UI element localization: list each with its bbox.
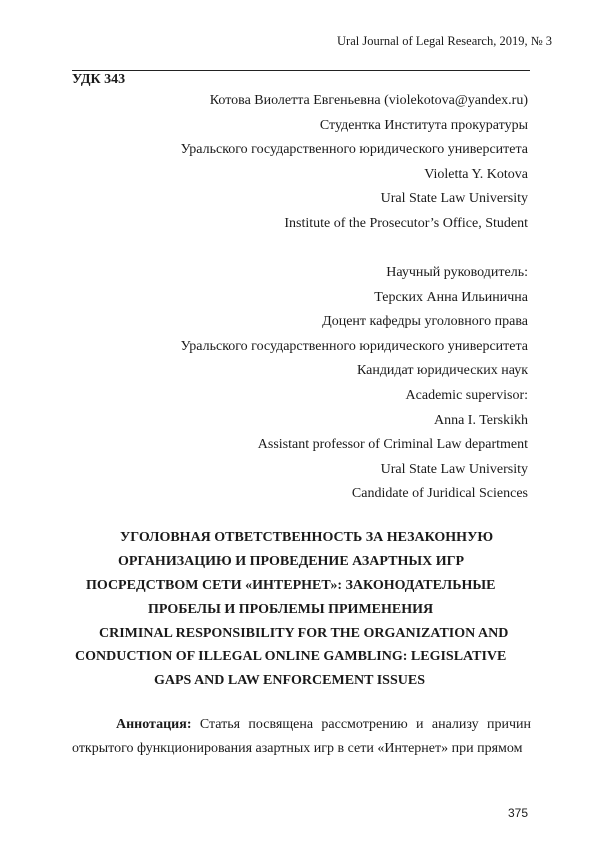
- supervisor-name: Терских Анна Ильинична: [181, 286, 528, 311]
- abstract: Аннотация: Статья посвящена рассмотрению…: [72, 713, 531, 761]
- udk-code: УДК 343: [72, 72, 125, 88]
- abstract-paragraph: Аннотация: Статья посвящена рассмотрению…: [72, 713, 531, 761]
- supervisor-university-en: Ural State Law University: [181, 458, 528, 483]
- supervisor-degree-en: Candidate of Juridical Sciences: [181, 482, 528, 507]
- author-name: Котова Виолетта Евгеньевна (violekotova@…: [181, 89, 528, 114]
- author-university: Уральского государственного юридического…: [181, 138, 528, 163]
- header-rule: [72, 70, 530, 71]
- title-line-ru: УГОЛОВНАЯ ОТВЕТСТВЕННОСТЬ ЗА НЕЗАКОННУЮ: [120, 526, 600, 550]
- article-title: УГОЛОВНАЯ ОТВЕТСТВЕННОСТЬ ЗА НЕЗАКОННУЮ …: [60, 526, 560, 693]
- running-head: Ural Journal of Legal Research, 2019, № …: [337, 34, 552, 49]
- title-line-ru: ПОСРЕДСТВОМ СЕТИ «ИНТЕРНЕТ»: ЗАКОНОДАТЕЛ…: [86, 574, 586, 598]
- author-position-en: Institute of the Prosecutor’s Office, St…: [181, 212, 528, 237]
- title-line-en: GAPS AND LAW ENFORCEMENT ISSUES: [154, 669, 600, 693]
- title-line-ru: ПРОБЕЛЫ И ПРОБЛЕМЫ ПРИМЕНЕНИЯ: [148, 598, 600, 622]
- title-line-en: CRIMINAL RESPONSIBILITY FOR THE ORGANIZA…: [99, 622, 599, 646]
- title-line-ru: ОРГАНИЗАЦИЮ И ПРОВЕДЕНИЕ АЗАРТНЫХ ИГР: [118, 550, 600, 574]
- supervisor-block: Научный руководитель: Терских Анна Ильин…: [181, 261, 528, 507]
- supervisor-position-en: Assistant professor of Criminal Law depa…: [181, 433, 528, 458]
- page-number: 375: [508, 806, 528, 820]
- author-university-en: Ural State Law University: [181, 187, 528, 212]
- author-name-en: Violetta Y. Kotova: [181, 163, 528, 188]
- supervisor-label-en: Academic supervisor:: [181, 384, 528, 409]
- author-position: Студентка Института прокуратуры: [181, 114, 528, 139]
- abstract-label: Аннотация:: [116, 717, 191, 732]
- supervisor-name-en: Anna I. Terskikh: [181, 409, 528, 434]
- title-line-en: CONDUCTION OF ILLEGAL ONLINE GAMBLING: L…: [75, 645, 575, 669]
- supervisor-label: Научный руководитель:: [181, 261, 528, 286]
- supervisor-degree: Кандидат юридических наук: [181, 359, 528, 384]
- supervisor-position: Доцент кафедры уголовного права: [181, 310, 528, 335]
- author-block: Котова Виолетта Евгеньевна (violekotova@…: [181, 89, 528, 237]
- supervisor-university: Уральского государственного юридического…: [181, 335, 528, 360]
